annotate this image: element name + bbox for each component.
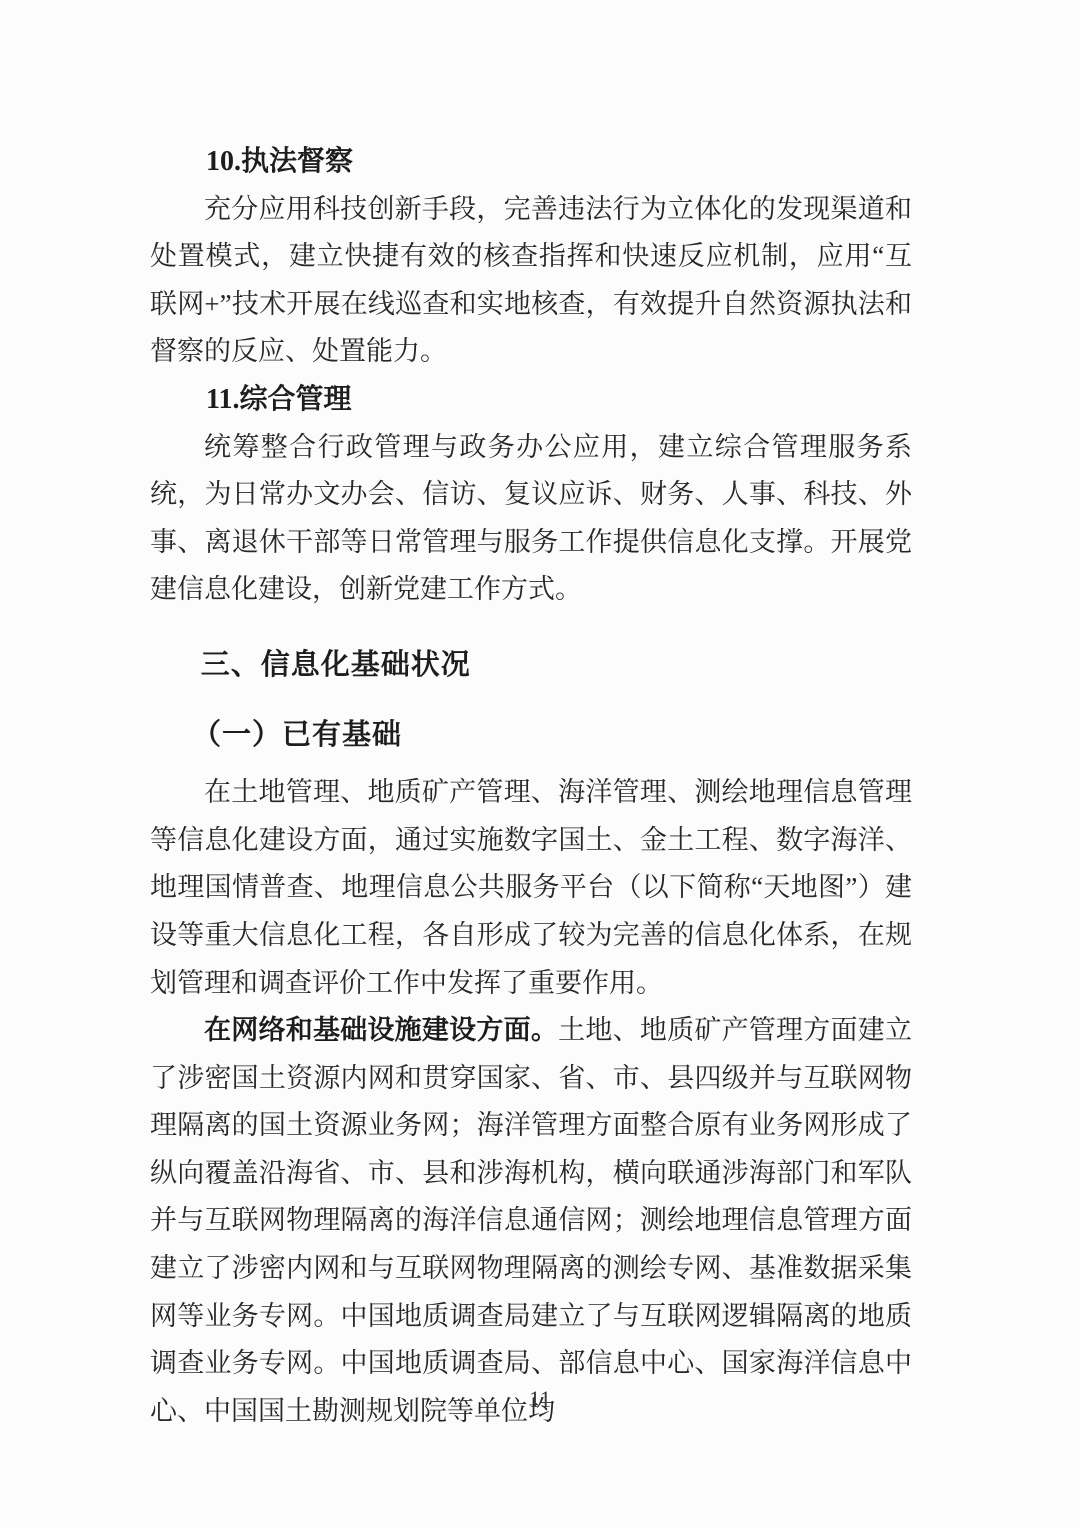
para-existing-foundation: 在土地管理、地质矿产管理、海洋管理、测绘地理信息管理等信息化建设方面，通过实施数… [150, 769, 912, 1007]
para-comprehensive-management: 统筹整合行政管理与政务办公应用，建立综合管理服务系统，为日常办文办会、信访、复议… [150, 424, 912, 614]
document-body: 10.执法督察 充分应用科技创新手段，完善违法行为立体化的发现渠道和处置模式，建… [150, 138, 912, 1435]
heading-11-comprehensive-management: 11.综合管理 [150, 376, 912, 424]
para-network-infrastructure-bold-lead: 在网络和基础设施建设方面。 [204, 1015, 558, 1045]
subsection-1-heading-existing-foundation: （一）已有基础 [150, 712, 912, 760]
para-network-infrastructure-text: 土地、地质矿产管理方面建立了涉密国土资源内网和贯穿国家、省、市、县四级并与互联网… [150, 1015, 912, 1426]
section-3-heading-informatization-foundation-status: 三、信息化基础状况 [150, 642, 912, 690]
para-law-enforcement-supervision: 充分应用科技创新手段，完善违法行为立体化的发现渠道和处置模式，建立快捷有效的核查… [150, 186, 912, 376]
document-page: 10.执法督察 充分应用科技创新手段，完善违法行为立体化的发现渠道和处置模式，建… [0, 0, 1080, 1527]
para-network-infrastructure: 在网络和基础设施建设方面。土地、地质矿产管理方面建立了涉密国土资源内网和贯穿国家… [150, 1007, 912, 1435]
heading-10-law-enforcement-supervision: 10.执法督察 [150, 138, 912, 186]
page-number: 11 [0, 1385, 1080, 1415]
